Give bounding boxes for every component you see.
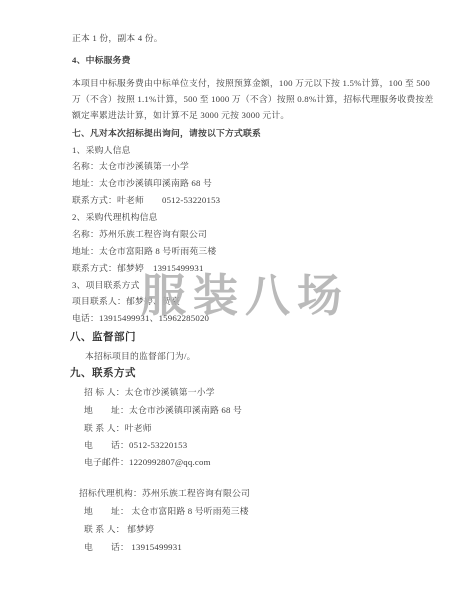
para-fee-line-2: 万（不含）按照 1.1%计算，500 至 1000 万（不含）按照 0.8%计算… — [72, 95, 433, 104]
project-contact-phones: 电话：13915499931、15962285020 — [72, 314, 209, 323]
purchaser-address: 地址：太仓市沙溪镇印溪南路 68 号 — [72, 179, 212, 188]
project-contact-persons: 项目联系人：郁梦婷、贺豪 — [72, 297, 180, 306]
agency-address: 地址：太仓市富阳路 8 号听雨苑三楼 — [72, 247, 216, 256]
line-copies: 正本 1 份，副本 4 份。 — [72, 34, 163, 43]
purchaser-contact: 联系方式：叶老师 0512-53220153 — [72, 196, 220, 205]
agency-block-phone: 电 话： 13915499931 — [84, 543, 182, 552]
tenderer-name: 招 标 人：太仓市沙溪镇第一小学 — [84, 388, 215, 397]
heading-section-9-contact: 九、联系方式 — [70, 369, 136, 380]
document-page: 正本 1 份，副本 4 份。 4、中标服务费 本项目中标服务费由中标单位支付，按… — [0, 0, 450, 600]
tenderer-phone: 电 话：0512-53220153 — [84, 441, 187, 450]
purchaser-name: 名称：太仓市沙溪镇第一小学 — [72, 162, 189, 171]
para-fee-line-3: 额定率累进法计算，如计算不足 3000 元按 3000 元计。 — [72, 111, 289, 120]
heading-project-contact: 3、项目联系方式 — [72, 281, 140, 290]
agency-block-contact-person: 联 系 人： 郁梦婷 — [84, 525, 154, 534]
supervision-text: 本招标项目的监督部门为/。 — [85, 352, 196, 361]
agency-block-address: 地 址： 太仓市富阳路 8 号听雨苑三楼 — [84, 507, 249, 516]
agency-block-title: 招标代理机构：苏州乐族工程咨询有限公司 — [79, 489, 250, 498]
heading-bid-service-fee: 4、中标服务费 — [72, 56, 131, 65]
tenderer-address: 地 址：太仓市沙溪镇印溪南路 68 号 — [84, 406, 242, 415]
agency-contact: 联系方式：郁梦婷 13915499931 — [72, 264, 204, 273]
heading-section-8-supervision: 八、监督部门 — [70, 333, 136, 344]
heading-purchaser-info: 1、采购人信息 — [72, 146, 131, 155]
tenderer-contact-person: 联 系 人：叶老师 — [84, 424, 152, 433]
para-fee-line-1: 本项目中标服务费由中标单位支付，按照预算金额，100 万元以下按 1.5%计算，… — [72, 79, 430, 88]
agency-name: 名称：苏州乐族工程咨询有限公司 — [72, 230, 207, 239]
heading-agency-info: 2、采购代理机构信息 — [72, 213, 158, 222]
heading-section-7-inquiry: 七、凡对本次招标提出询问，请按以下方式联系 — [72, 129, 261, 138]
tenderer-email: 电子邮件：1220992807@qq.com — [84, 458, 211, 467]
